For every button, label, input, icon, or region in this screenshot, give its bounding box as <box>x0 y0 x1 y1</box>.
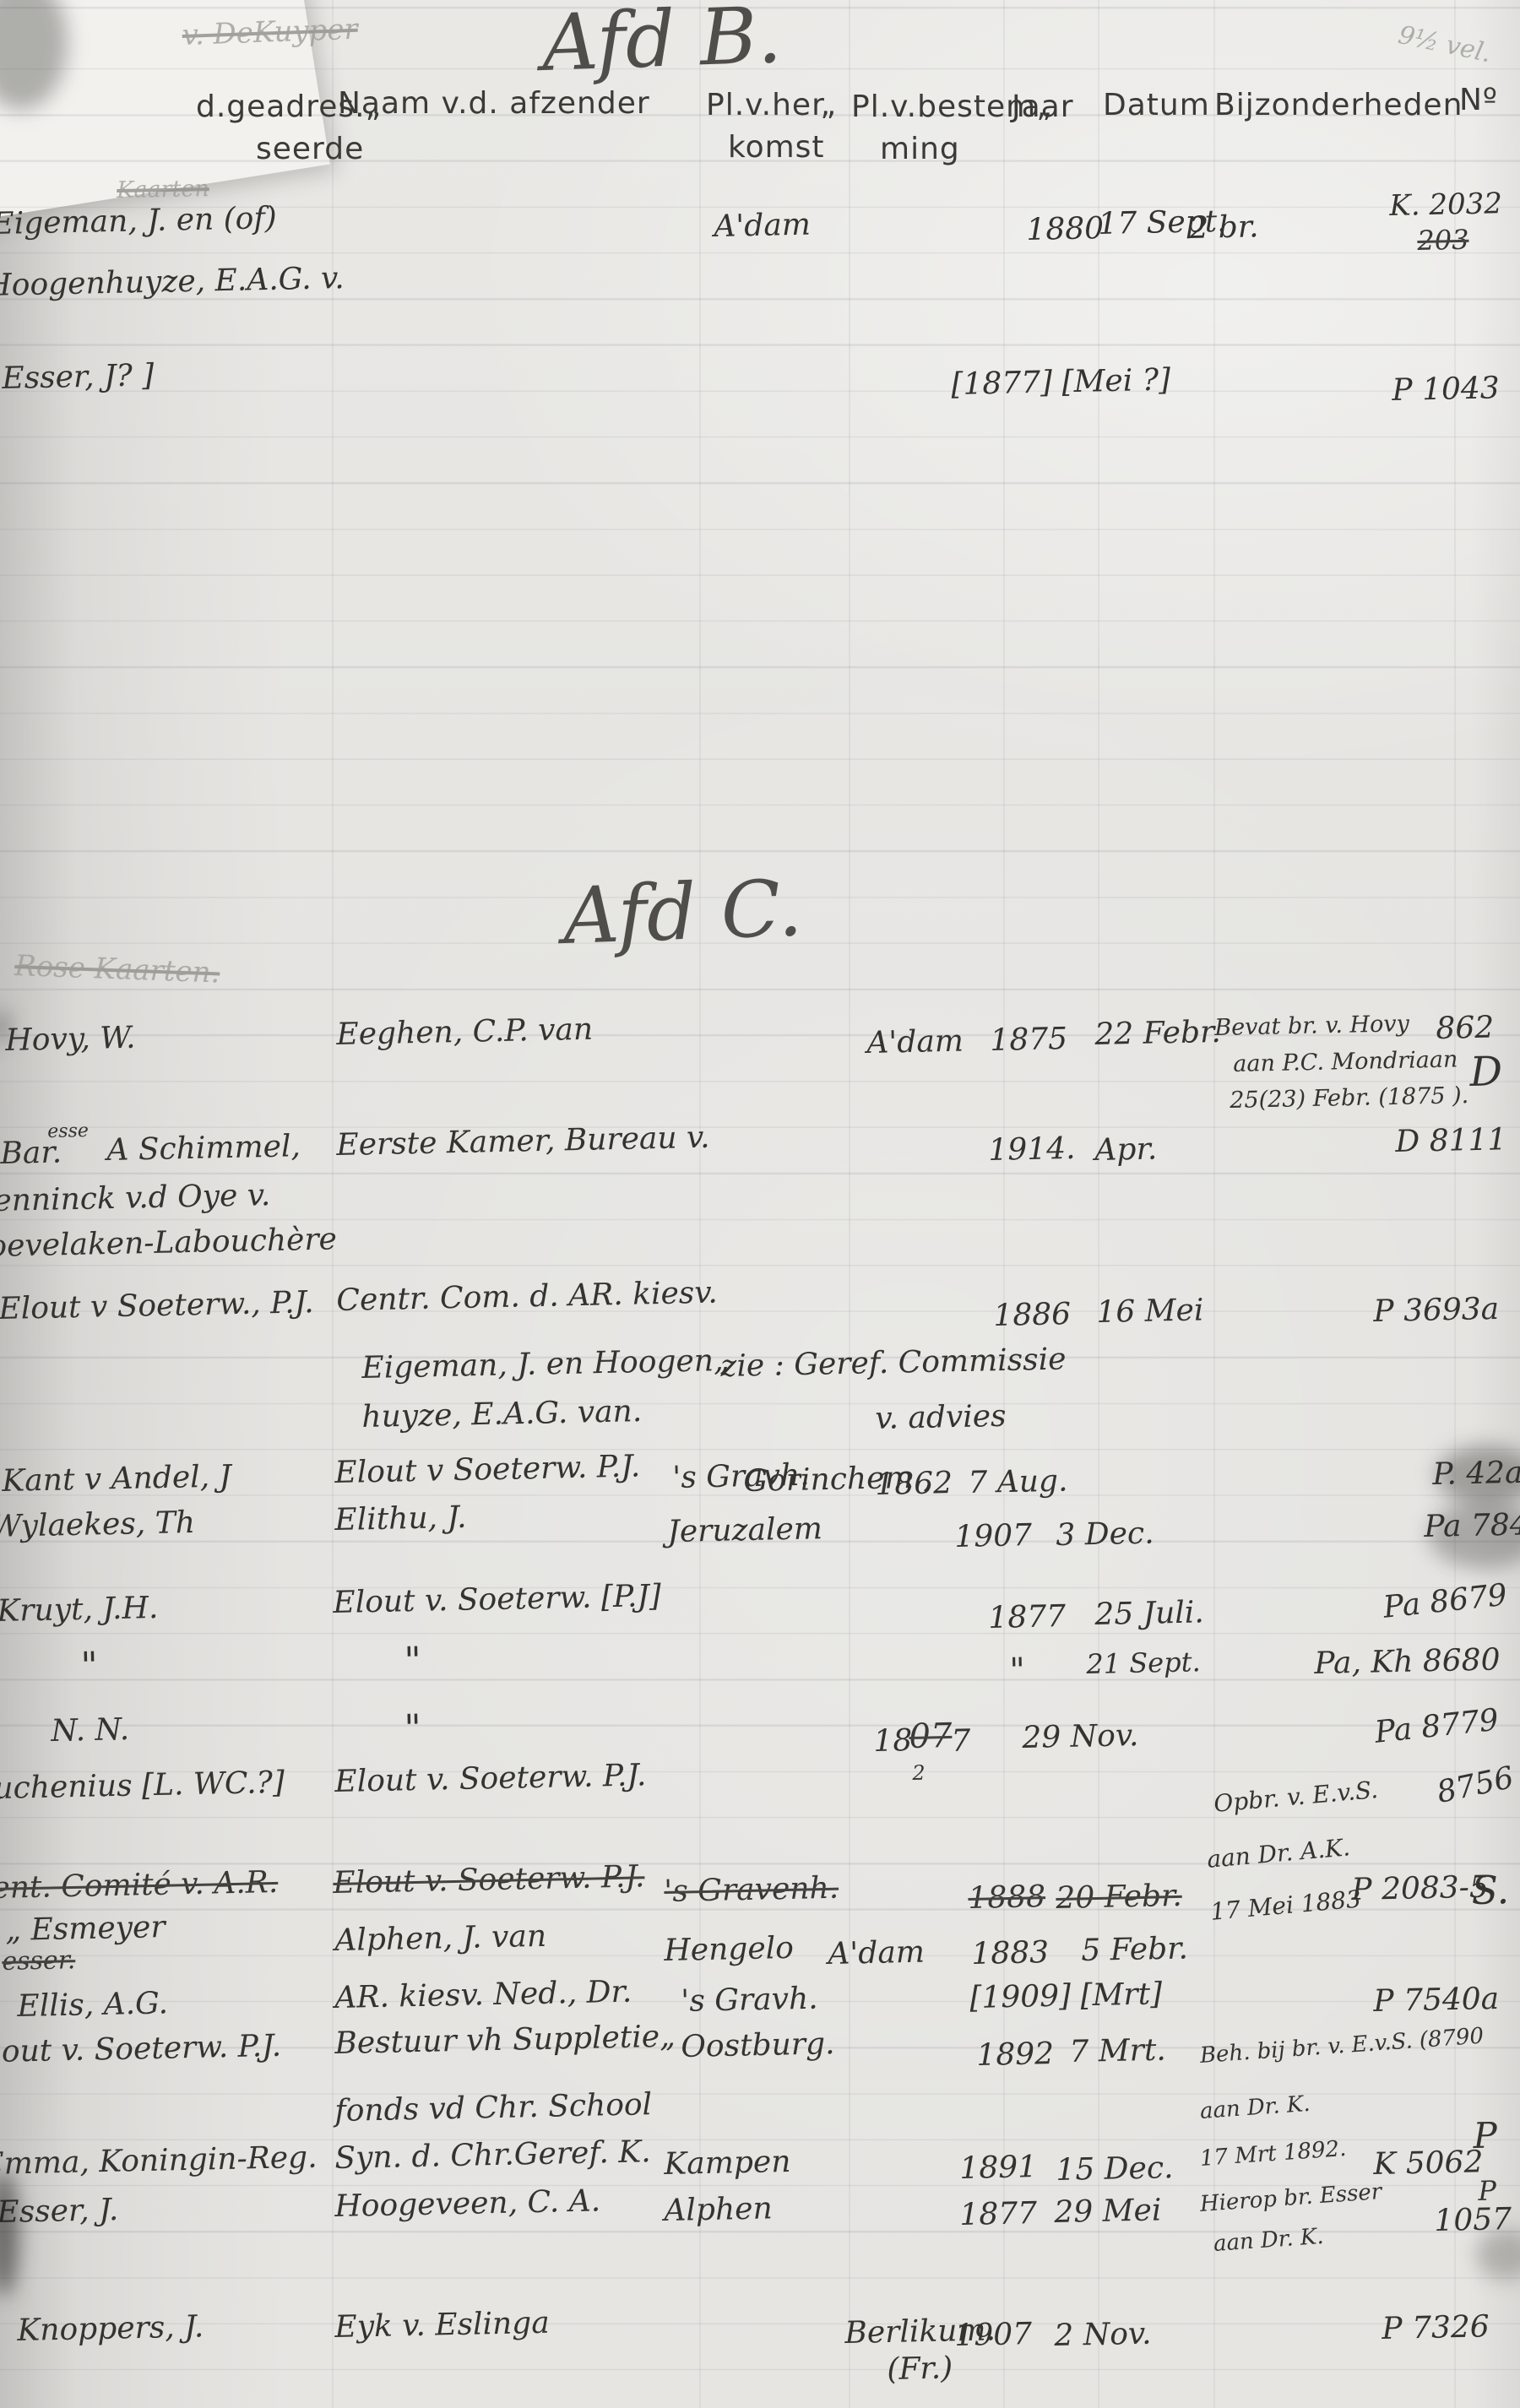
afd-c-row1-number-9: D <box>1469 1048 1503 1096</box>
afd-c-row11-year-ditto-2: " <box>1009 1651 1025 1690</box>
afd-c-row19-date-4: 15 Dec. <box>1056 2150 1174 2188</box>
afd-c-row14-year-3: 1888 <box>968 1879 1045 1916</box>
afd-c-row14-date-4: 20 Febr. <box>1056 1879 1182 1916</box>
col-datum: Datum <box>1103 88 1210 122</box>
afd-c-row11-addressee-ditto-0: " <box>80 1645 98 1688</box>
afd-c-row20-sender-1: Hoogeveen, C. A. <box>334 2183 600 2224</box>
afd-b-row1-year-2: 1880 <box>1026 211 1104 247</box>
afd-c-row10-sender-1: Elout v. Soeterw. [P.J] <box>333 1579 661 1620</box>
afd-c-row16-sender-1: AR. kiesv. Ned., Dr. <box>334 1975 632 2015</box>
afd-c-row1-date-4: 22 Febr. <box>1094 1015 1221 1052</box>
afd-b-row3-addressee-0: Esser, J? ] <box>2 358 155 396</box>
afd-c-row14-addressee-0: ent. Comité v. A.R. <box>0 1865 279 1906</box>
afd-c-row20-number-8: 1057 <box>1434 2202 1512 2238</box>
afd-c-row16-origin-2: 's Gravh. <box>681 1982 818 2019</box>
afd-c-row8-addressee-0: Kant v Andel, J <box>2 1459 231 1499</box>
afd-c-row12-year-4: 7 <box>951 1724 971 1759</box>
afd-c-row21-addressee-0: Knoppers, J. <box>17 2309 204 2348</box>
afd-b-row3-year-date-1: [1877] [Mei ?] <box>951 363 1170 402</box>
afd-c-row20-origin-2: Alphen <box>664 2191 773 2228</box>
afd-c-row8-number-6: P. 42a <box>1432 1456 1520 1492</box>
afd-c-row6-sender-0: Eigeman, J. en Hoogen„ <box>361 1343 730 1386</box>
afd-c-row21-sender-1: Eyk v. Eslinga <box>334 2306 550 2345</box>
afd-c-row4-addressee-0: oevelaken-Labouchère <box>0 1222 337 1264</box>
afd-c-row11-date-3: 21 Sept. <box>1086 1646 1201 1680</box>
afd-c-row13-number-5: 8756 <box>1434 1760 1517 1810</box>
pencil-note-crossed-name: v. DeKuyper <box>182 13 358 52</box>
afd-c-row6-remarks-1: zie : Geref. Commissie <box>720 1342 1067 1384</box>
afd-c-row15-year-5: 1883 <box>971 1935 1049 1971</box>
afd-c-row20-remarks-6: aan Dr. K. <box>1213 2224 1324 2257</box>
afd-c-row15-addressee-struck-1: esser. <box>2 1945 76 1977</box>
afd-c-row15-destination-4: A'dam <box>828 1935 925 1971</box>
afd-b-row1-number-struck-6: 203 <box>1417 224 1469 257</box>
afd-c-row17-remarks-5: Beh. bij br. v. E.v.S. (8790 <box>1199 2024 1485 2069</box>
afd-c-row15-sender-2: Alphen, J. van <box>334 1919 546 1958</box>
afd-c-row10-date-3: 25 Juli. <box>1094 1595 1204 1632</box>
afd-c-row5-year-2: 1886 <box>993 1297 1071 1333</box>
smudge-left-edge <box>0 2170 19 2297</box>
afd-c-row5-number-4: P 3693a <box>1373 1292 1500 1329</box>
afd-c-row15-addressee-0: „ Esmeyer <box>5 1910 166 1948</box>
afd-c-row17-date-4: 7 Mrt. <box>1069 2033 1166 2069</box>
afd-c-row17-origin-2: Oostburg. <box>681 2026 835 2064</box>
afd-c-row13-remarks-4: 17 Mei 1883 <box>1209 1885 1362 1925</box>
afd-c-row15-date-6: 5 Febr. <box>1081 1931 1188 1968</box>
afd-c-row2-addressee-1: esse <box>47 1120 89 1142</box>
afd-c-row16-number-4: P 7540a <box>1373 1982 1500 2019</box>
afd-c-row20-addressee-0: Esser, J. <box>0 2193 119 2230</box>
afd-b-row1-origin-1: A'dam <box>714 208 811 244</box>
afd-c-row10-addressee-0: Kruyt, J.H. <box>0 1591 159 1629</box>
afd-c-row12-date-6: 29 Nov. <box>1022 1718 1139 1755</box>
afd-c-row8-sender-1: Elout v Soeterw. P.J. <box>334 1449 641 1490</box>
afd-c-row2-sender-3: Eerste Kamer, Bureau v. <box>336 1120 710 1163</box>
section-c-title: Afd C. <box>562 863 804 962</box>
afd-c-row17-sender-1: Bestuur vh Suppletie„ <box>334 2020 676 2061</box>
col-naam-afzender: Naam v.d. afzender <box>338 86 650 121</box>
afd-c-row11-sender-ditto-1: " <box>404 1640 421 1683</box>
afd-b-row2-addressee-0: Hoogenhuyze, E.A.G. v. <box>0 261 345 303</box>
afd-c-row13-addressee-0: uchenius [L. WC.?] <box>0 1765 285 1806</box>
afd-c-row3-addressee-0: enninck v.d Oye v. <box>0 1178 271 1218</box>
afd-c-row17-remarks-7: 17 Mrt 1892. <box>1199 2136 1347 2172</box>
afd-c-row2-year-4: 1914. <box>988 1131 1076 1168</box>
afd-c-row2-addressee-2: A Schimmel, <box>106 1129 301 1168</box>
afd-c-row14-origin-2: 's Gravenh. <box>664 1871 839 1909</box>
column-guide-line-1 <box>332 0 334 2408</box>
afd-c-row21-date-5: 2 Nov. <box>1054 2317 1152 2353</box>
afd-c-row16-addressee-0: Ellis, A.G. <box>17 1986 168 2024</box>
afd-c-row12-addressee-0: N. N. <box>51 1712 130 1749</box>
afd-c-row10-year-2: 1877 <box>988 1599 1066 1635</box>
afd-c-row20-year-3: 1877 <box>959 2196 1037 2232</box>
col-jaar: Jaar <box>1012 89 1074 124</box>
afd-c-row15-origin-3: Hengelo <box>664 1931 794 1968</box>
afd-c-row19-sender-1: Syn. d. Chr.Geref. K. <box>334 2134 651 2176</box>
afd-c-row9-sender-1: Elithu, J. <box>334 1500 467 1538</box>
col-nummer: Nº <box>1459 83 1498 117</box>
afd-c-row19-year-3: 1891 <box>959 2150 1037 2186</box>
afd-c-row13-remarks-2: Opbr. v. E.v.S. <box>1213 1776 1379 1818</box>
afd-c-row1-remarks-6: aan P.C. Mondriaan <box>1233 1046 1458 1077</box>
afd-c-row1-addressee-0: Hovy, W. <box>5 1021 136 1058</box>
afd-c-row1-remarks-5: Bevat br. v. Hovy <box>1214 1011 1409 1041</box>
afd-c-row5-sender-1: Centr. Com. d. AR. kiesv. <box>336 1276 718 1318</box>
afd-c-row8-year-4: 1862 <box>875 1466 953 1502</box>
afd-c-row7-remarks-1: v. advies <box>875 1399 1007 1436</box>
afd-c-row2-date-5: Apr. <box>1094 1131 1158 1168</box>
afd-c-row5-addressee-0: Elout v Soeterw., P.J. <box>0 1285 314 1326</box>
afd-b-row3-number-2: P 1043 <box>1392 371 1500 408</box>
afd-c-row16-year-date-3: [1909] [Mrt] <box>969 1977 1163 2015</box>
afd-c-row19-addressee-0: Emma, Koningin-Reg. <box>0 2140 318 2182</box>
afd-c-row17-addressee-0: lout v. Soeterw. P.J. <box>0 2029 282 2069</box>
afd-b-row1-number-5: K. 2032 <box>1389 187 1502 223</box>
afd-c-row9-date-4: 3 Dec. <box>1056 1516 1154 1553</box>
afd-c-row20-remarks-5: Hierop br. Esser <box>1199 2179 1382 2217</box>
afd-c-row17-remarks-6: aan Dr. K. <box>1199 2091 1311 2124</box>
column-guide-line-3 <box>849 0 850 2408</box>
pencil-note-rose-kaarten: Rose Kaarten. <box>14 949 220 990</box>
afd-b-row1-addressee-0: Eigeman, J. en (of) <box>0 201 277 241</box>
afd-c-row1-number-8: 862 <box>1436 1011 1495 1046</box>
afd-c-row7-sender-0: huyze, E.A.G. van. <box>361 1394 643 1434</box>
afd-c-row12-year-struck-3: 07 <box>909 1717 953 1756</box>
afd-c-row14-number-5: P 2083-5 <box>1351 1870 1489 1907</box>
afd-b-row1-remarks-4: 2 br. <box>1189 209 1259 246</box>
afd-c-row13-sender-1: Elout v. Soeterw. P.J. <box>334 1758 647 1799</box>
afd-c-row1-year-3: 1875 <box>990 1022 1067 1058</box>
afd-c-row17-year-3: 1892 <box>976 2036 1054 2073</box>
smudge-top-left <box>0 0 68 110</box>
col-geadresseerde-line2: seerde <box>256 132 364 166</box>
afd-c-row1-remarks-7: 25(23) Febr. (1875 ). <box>1230 1082 1469 1114</box>
pencil-note-sheet-count: 9½ vel. <box>1396 20 1494 68</box>
afd-c-row2-number-6: D 8111 <box>1395 1122 1507 1159</box>
afd-c-row21-origin-3: (Fr.) <box>887 2351 953 2387</box>
afd-c-row21-year-4: 1907 <box>954 2317 1032 2353</box>
afd-c-row13-remarks-3: aan Dr. A.K. <box>1206 1833 1351 1874</box>
afd-c-row14-sender-1: Elout v. Soeterw. P.J. <box>333 1859 645 1901</box>
afd-c-row20-date-4: 29 Mei <box>1054 2193 1162 2230</box>
afd-c-row9-year-3: 1907 <box>954 1518 1032 1554</box>
col-bijzonderheden: Bijzonderheden <box>1214 88 1463 122</box>
afd-c-row19-origin-2: Kampen <box>664 2145 791 2182</box>
afd-c-row11-number-4: Pa, Kh 8680 <box>1314 1642 1501 1681</box>
afd-c-row9-origin-2: Jeruzalem <box>667 1511 822 1549</box>
afd-c-row9-number-5: Pa 7842 <box>1424 1507 1520 1544</box>
col-herkomst-line1: Pl.v.her„ <box>706 88 837 122</box>
afd-c-row1-origin-2: A'dam <box>866 1024 964 1060</box>
afd-c-row12-year-correction-5: 2 <box>912 1761 926 1785</box>
register-page-scan: Afd B. Afd C. v. DeKuyper 9½ vel. Kaarte… <box>0 0 1520 2408</box>
afd-c-row5-date-3: 16 Mei <box>1096 1293 1204 1330</box>
afd-c-row12-number-7: Pa 8779 <box>1373 1703 1501 1750</box>
col-herkomst-line2: komst <box>728 130 825 165</box>
afd-c-row18-sender-0: fonds vd Chr. School <box>334 2087 652 2129</box>
afd-c-row19-number-5: K 5062 <box>1373 2145 1484 2182</box>
afd-c-row12-year-2: 18 <box>873 1723 913 1759</box>
afd-c-row10-number-4: Pa 8679 <box>1382 1578 1509 1625</box>
afd-c-row12-sender-ditto-1: " <box>404 1707 421 1750</box>
afd-c-row21-number-6: P 7326 <box>1382 2309 1490 2346</box>
col-bestemming-line2: ming <box>880 132 960 166</box>
pencil-note-kaarten: Kaarten <box>117 176 209 203</box>
afd-c-row9-addressee-0: Wylaekes, Th <box>0 1505 195 1544</box>
afd-c-row1-sender-1: Eeghen, C.P. van <box>336 1012 593 1052</box>
section-b-title: Afd B. <box>540 0 783 89</box>
afd-c-row8-date-5: 7 Aug. <box>968 1464 1068 1500</box>
